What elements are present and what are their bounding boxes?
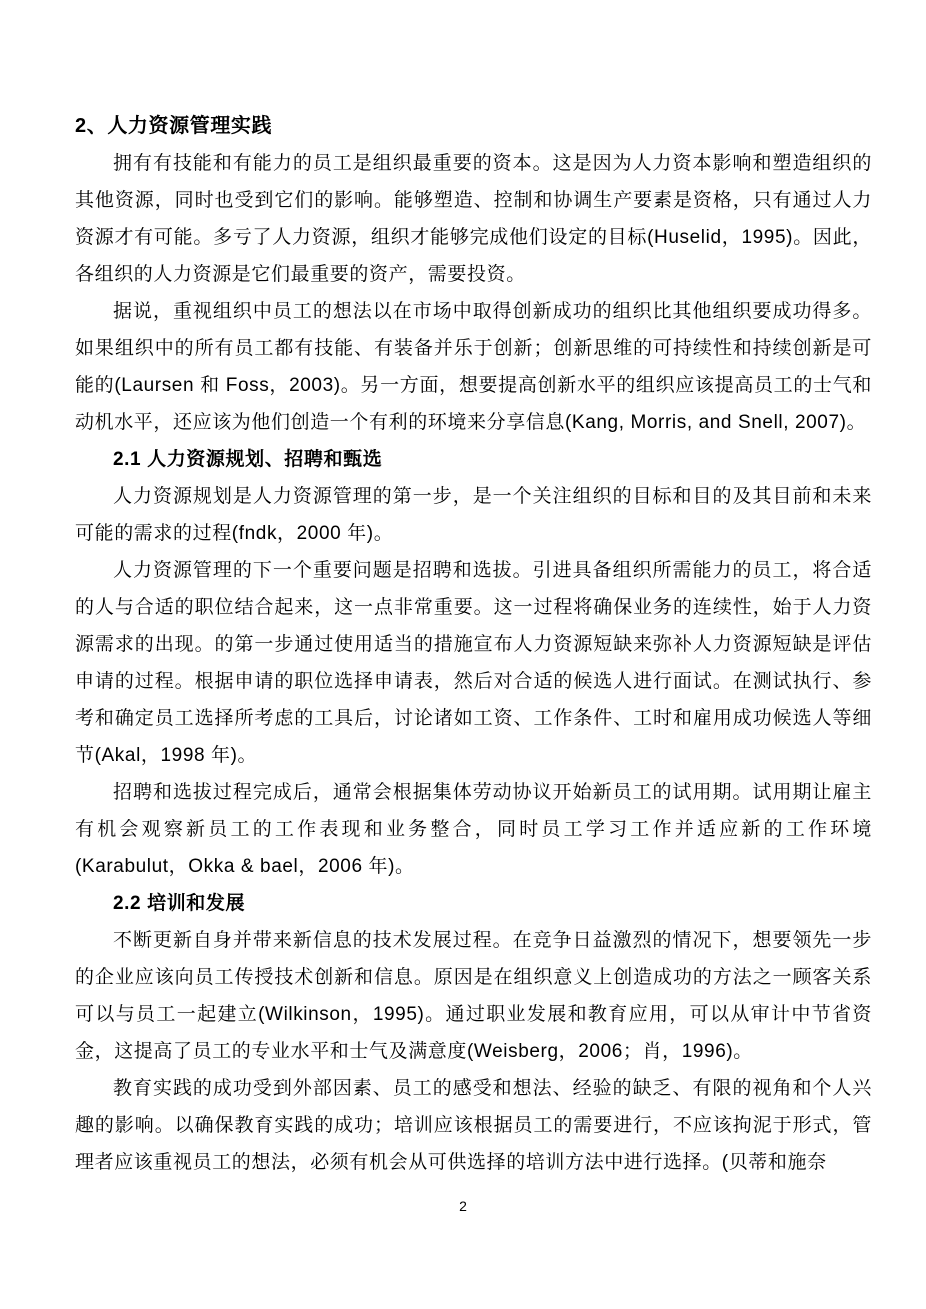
subsection-heading-2-1: 2.1 人力资源规划、招聘和甄选 (75, 441, 872, 478)
document-page: 2、人力资源管理实践 拥有有技能和有能力的员工是组织最重要的资本。这是因为人力资… (75, 108, 872, 1181)
subsection-heading-2-2: 2.2 培训和发展 (75, 885, 872, 922)
paragraph-hr-planning: 人力资源规划是人力资源管理的第一步，是一个关注组织的目标和目的及其目前和未来可能… (75, 478, 872, 552)
page-number: 2 (0, 1196, 926, 1216)
paragraph-human-capital: 拥有有技能和有能力的员工是组织最重要的资本。这是因为人力资本影响和塑造组织的其他… (75, 145, 872, 293)
paragraph-probation-period: 招聘和选拔过程完成后，通常会根据集体劳动协议开始新员工的试用期。试用期让雇主有机… (75, 774, 872, 885)
paragraph-innovation: 据说，重视组织中员工的想法以在市场中取得创新成功的组织比其他组织要成功得多。如果… (75, 293, 872, 441)
paragraph-training-development: 不断更新自身并带来新信息的技术发展过程。在竞争日益激烈的情况下，想要领先一步的企… (75, 922, 872, 1070)
paragraph-education-success: 教育实践的成功受到外部因素、员工的感受和想法、经验的缺乏、有限的视角和个人兴趣的… (75, 1070, 872, 1181)
paragraph-recruitment-selection: 人力资源管理的下一个重要问题是招聘和选拔。引进具备组织所需能力的员工，将合适的人… (75, 552, 872, 774)
section-heading-2: 2、人力资源管理实践 (75, 108, 872, 145)
